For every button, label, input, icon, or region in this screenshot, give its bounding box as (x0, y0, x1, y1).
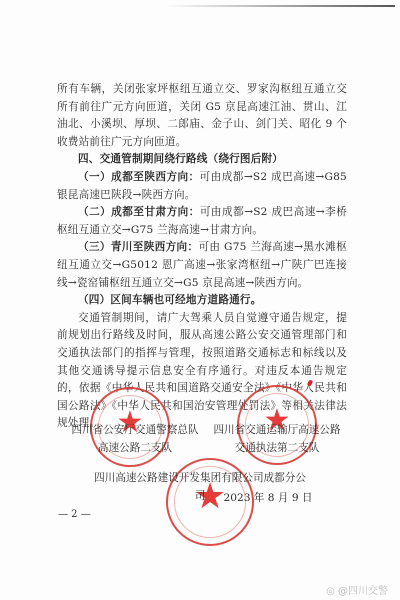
signature-left-line2: 高速公路二支队 (70, 439, 200, 457)
route-2-label: （二）成都至甘肃方向： (78, 206, 200, 218)
signature-right: 四川省交通运输厅高速公路 交通执法第二支队 (212, 421, 342, 457)
signature-right-line1: 四川省交通运输厅高速公路 (212, 421, 342, 439)
document-body: 所有车辆，关闭张家坪枢纽互通立交、罗家沟枢纽互通立交所有前往广元方向匝道，关闭 … (57, 81, 347, 433)
issue-date: 2023 年 8 月 9 日 (218, 489, 318, 507)
signature-left-line1: 四川省公安厅交通警察总队 (70, 421, 200, 439)
route-1-label: （一）成都至陕西方向： (78, 171, 200, 183)
route-4: （四）区间车辆也可经地方道路通行。 (57, 292, 347, 310)
section-heading-detour: 四、交通管制期间绕行路线（绕行图后附） (57, 151, 347, 169)
scan-edge-line (165, 5, 395, 7)
signature-left: 四川省公安厅交通警察总队 高速公路二支队 (70, 421, 200, 457)
route-2: （二）成都至甘肃方向：可由成都→S2 成巴高速→李桥枢纽互通立交→G75 兰海高… (57, 204, 347, 239)
signature-right-line2: 交通执法第二支队 (212, 439, 342, 457)
route-3-label: （三）青川至陕西方向： (78, 241, 198, 253)
weibo-icon: ◎ (326, 586, 338, 597)
route-1: （一）成都至陕西方向：可由成都→S2 成巴高速→G85 银昆高速巴陕段→陕西方向… (57, 169, 347, 204)
route-3: （三）青川至陕西方向：可由 G75 兰海高速→黑水滩枢纽互通立交→G5012 恩… (57, 239, 347, 292)
paragraph-closure-continued: 所有车辆，关闭张家坪枢纽互通立交、罗家沟枢纽互通立交所有前往广元方向匝道，关闭 … (57, 81, 347, 151)
page-number: — 2 — (58, 509, 91, 520)
watermark-text: @四川交警 (338, 586, 388, 597)
weibo-watermark: ◎ @四川交警 (326, 582, 388, 597)
